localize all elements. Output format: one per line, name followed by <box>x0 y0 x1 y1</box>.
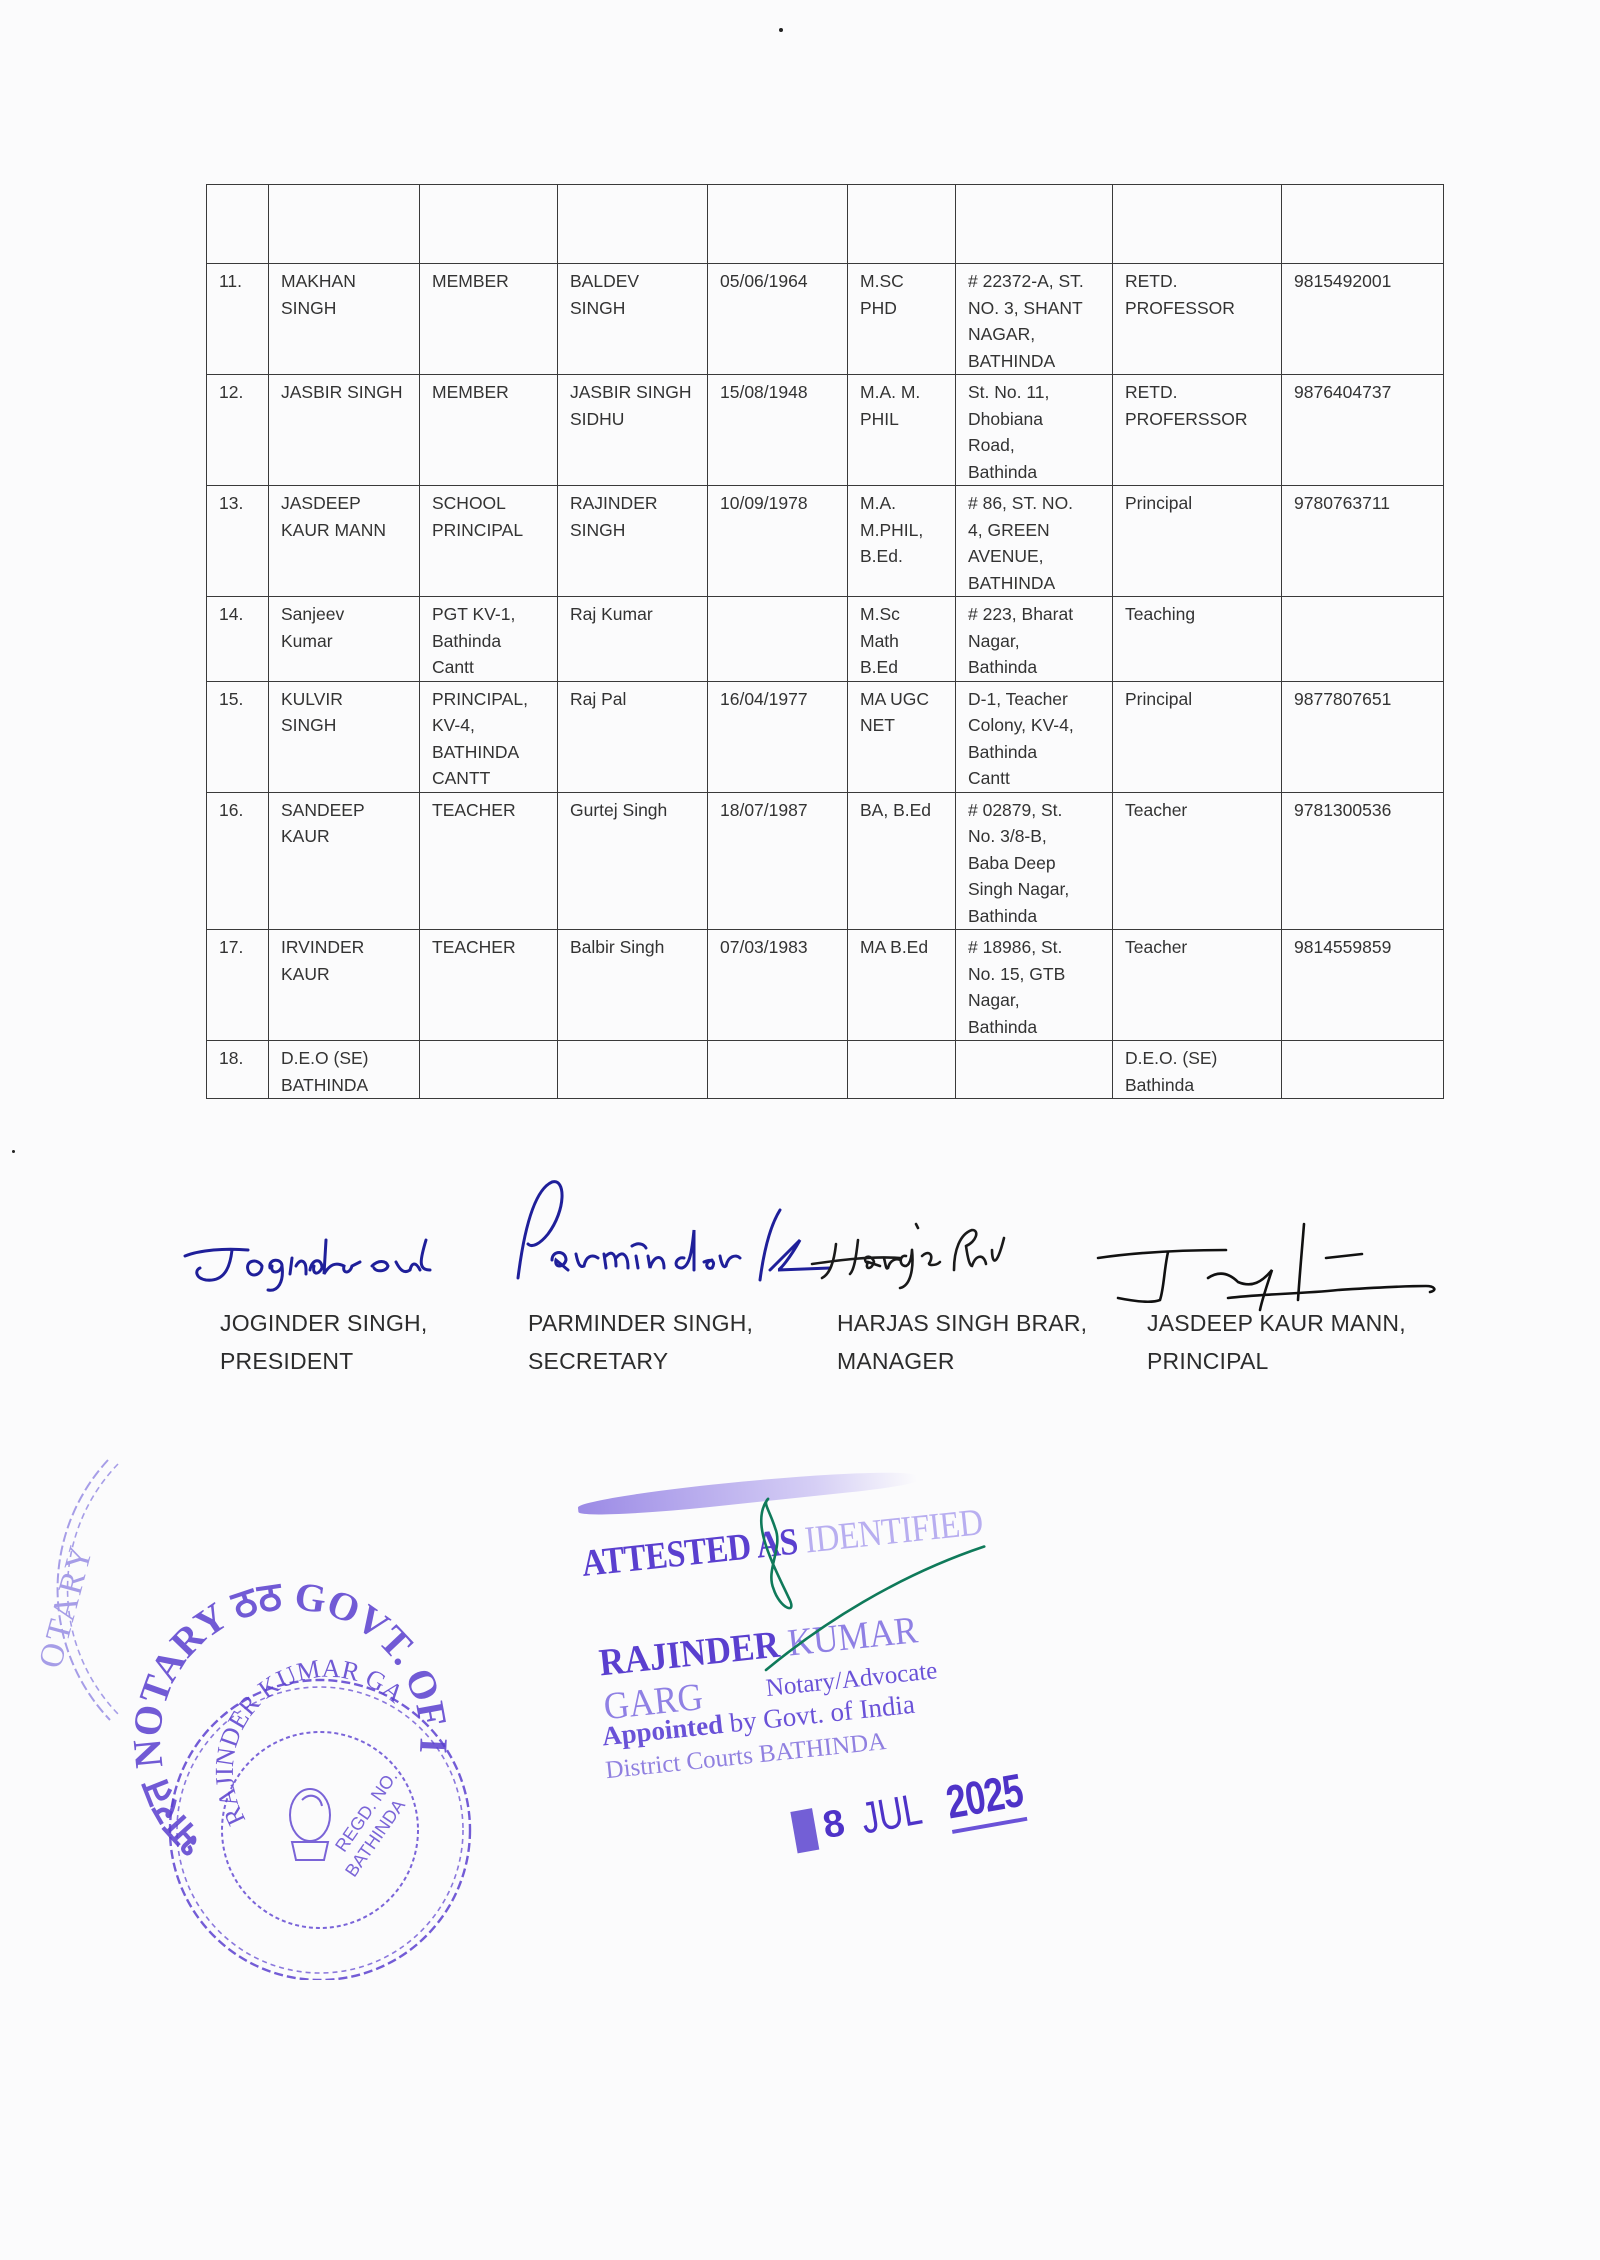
cell-name: JASBIR SINGH <box>269 375 420 486</box>
cell-line: Singh Nagar, <box>968 876 1102 903</box>
cell-father-name: Balbir Singh <box>558 930 708 1041</box>
cell-father-name: RAJINDERSINGH <box>558 486 708 597</box>
signature-jasdeep-kaur-mann <box>1098 1224 1434 1310</box>
document-page: 11.MAKHANSINGHMEMBERBALDEVSINGH05/06/196… <box>0 0 1600 2260</box>
cell-line: SIDHU <box>570 406 697 433</box>
cell-line: Colony, KV-4, <box>968 712 1102 739</box>
cell-line: Principal <box>1125 686 1271 713</box>
header-cell <box>558 185 708 264</box>
partial-seal-text: OTARY <box>32 1539 101 1672</box>
cell-line: Principal <box>1125 490 1271 517</box>
cell-line: Teaching <box>1125 601 1271 628</box>
cell-line: St. No. 11, <box>968 379 1102 406</box>
cell-line: No. 15, GTB <box>968 961 1102 988</box>
signatory-4: JASDEEP KAUR MANN, PRINCIPAL <box>1147 1304 1406 1380</box>
cell-line: Teacher <box>1125 797 1271 824</box>
cell-sn: 18. <box>207 1041 269 1099</box>
cell-line: PRINCIPAL <box>432 517 547 544</box>
header-cell <box>956 185 1113 264</box>
header-cell <box>269 185 420 264</box>
signature-harjas-singh <box>812 1224 1004 1288</box>
table-row: 13.JASDEEPKAUR MANNSCHOOLPRINCIPALRAJIND… <box>207 486 1444 597</box>
cell-sn: 12. <box>207 375 269 486</box>
cell-line: Cantt <box>968 765 1102 792</box>
cell-designation: PRINCIPAL,KV-4,BATHINDACANTT <box>420 681 558 792</box>
signatory-role: PRESIDENT <box>220 1342 427 1380</box>
table-row: 18.D.E.O (SE)BATHINDAD.E.O. (SE)Bathinda <box>207 1041 1444 1099</box>
cell-line: Bathinda <box>968 903 1102 930</box>
cell-qualification: M.A. M.PHIL <box>848 375 956 486</box>
cell-line: NET <box>860 712 945 739</box>
cell-dob: 15/08/1948 <box>708 375 848 486</box>
cell-line: D.E.O. (SE) <box>1125 1045 1271 1072</box>
cell-phone <box>1282 1041 1444 1099</box>
cell-name: IRVINDERKAUR <box>269 930 420 1041</box>
cell-name: SanjeevKumar <box>269 597 420 682</box>
cell-line: Bathinda <box>968 654 1102 681</box>
cell-line: # 18986, St. <box>968 934 1102 961</box>
cell-line: # 22372-A, ST. <box>968 268 1102 295</box>
cell-sn: 16. <box>207 792 269 930</box>
cell-qualification: BA, B.Ed <box>848 792 956 930</box>
table-row: 12.JASBIR SINGHMEMBERJASBIR SINGHSIDHU15… <box>207 375 1444 486</box>
cell-line: BATHINDA <box>281 1072 409 1099</box>
cell-name: D.E.O (SE)BATHINDA <box>269 1041 420 1099</box>
cell-line: Bathinda <box>432 628 547 655</box>
table-row: 16.SANDEEPKAURTEACHERGurtej Singh18/07/1… <box>207 792 1444 930</box>
cell-sn: 13. <box>207 486 269 597</box>
cell-father-name: BALDEVSINGH <box>558 264 708 375</box>
cell-line: KAUR <box>281 823 409 850</box>
cell-sn: 15. <box>207 681 269 792</box>
header-cell <box>207 185 269 264</box>
cell-line: # 86, ST. NO. <box>968 490 1102 517</box>
cell-line: AVENUE, <box>968 543 1102 570</box>
cell-line: TEACHER <box>432 934 547 961</box>
cell-line: Sanjeev <box>281 601 409 628</box>
cell-name: JASDEEPKAUR MANN <box>269 486 420 597</box>
cell-qualification <box>848 1041 956 1099</box>
signatory-3: HARJAS SINGH BRAR, MANAGER <box>837 1304 1087 1380</box>
cell-line: Nagar, <box>968 987 1102 1014</box>
table-row: 11.MAKHANSINGHMEMBERBALDEVSINGH05/06/196… <box>207 264 1444 375</box>
cell-line: PRINCIPAL, <box>432 686 547 713</box>
cell-sn: 14. <box>207 597 269 682</box>
cell-dob: 07/03/1983 <box>708 930 848 1041</box>
cell-address: # 223, BharatNagar,Bathinda <box>956 597 1113 682</box>
cell-occupation: Teacher <box>1113 792 1282 930</box>
cell-address <box>956 1041 1113 1099</box>
cell-line: KAUR MANN <box>281 517 409 544</box>
partial-seal-left-edge: OTARY <box>32 1460 120 1720</box>
cell-phone: 9815492001 <box>1282 264 1444 375</box>
cell-line: Bathinda <box>1125 1072 1271 1099</box>
cell-line: Gurtej Singh <box>570 797 697 824</box>
cell-designation: TEACHER <box>420 792 558 930</box>
table-row: 14.SanjeevKumarPGT KV-1,BathindaCanttRaj… <box>207 597 1444 682</box>
cell-line: MEMBER <box>432 379 547 406</box>
signatory-1: JOGINDER SINGH, PRESIDENT <box>220 1304 427 1380</box>
cell-line: BATHINDA <box>968 570 1102 597</box>
header-cell <box>708 185 848 264</box>
cell-designation: TEACHER <box>420 930 558 1041</box>
date-day: 8 <box>820 1802 848 1847</box>
cell-phone: 9814559859 <box>1282 930 1444 1041</box>
notary-initials <box>727 1466 1005 1682</box>
cell-qualification: M.SCPHD <box>848 264 956 375</box>
cell-dob: 18/07/1987 <box>708 792 848 930</box>
cell-sn: 11. <box>207 264 269 375</box>
cell-phone <box>1282 597 1444 682</box>
cell-line: MA UGC <box>860 686 945 713</box>
cell-line: TEACHER <box>432 797 547 824</box>
round-notary-seal: भारत NOTARY ठठ GOVT. OF INDIA ★ RAJINDER… <box>2 1420 470 1980</box>
cell-dob: 16/04/1977 <box>708 681 848 792</box>
cell-line: RAJINDER <box>570 490 697 517</box>
cell-line: Raj Pal <box>570 686 697 713</box>
cell-phone: 9781300536 <box>1282 792 1444 930</box>
cell-line: Kumar <box>281 628 409 655</box>
cell-occupation: Teacher <box>1113 930 1282 1041</box>
cell-designation <box>420 1041 558 1099</box>
cell-line: BATHINDA <box>432 739 547 766</box>
header-cell <box>1113 185 1282 264</box>
cell-dob: 05/06/1964 <box>708 264 848 375</box>
emblem-icon <box>290 1789 330 1860</box>
date-year: 2025 <box>942 1763 1027 1834</box>
table-row: 15.KULVIRSINGHPRINCIPAL,KV-4,BATHINDACAN… <box>207 681 1444 792</box>
table-header-row <box>207 185 1444 264</box>
cell-line: KULVIR <box>281 686 409 713</box>
cell-designation: PGT KV-1,BathindaCantt <box>420 597 558 682</box>
cell-occupation: D.E.O. (SE)Bathinda <box>1113 1041 1282 1099</box>
signatory-name: JOGINDER SINGH, <box>220 1304 427 1342</box>
cell-address: # 86, ST. NO.4, GREENAVENUE,BATHINDA <box>956 486 1113 597</box>
cell-line: KV-4, <box>432 712 547 739</box>
cell-father-name <box>558 1041 708 1099</box>
cell-line: PGT KV-1, <box>432 601 547 628</box>
cell-line: MEMBER <box>432 268 547 295</box>
date-month: JUL <box>858 1785 926 1845</box>
cell-father-name: Raj Pal <box>558 681 708 792</box>
cell-line: SINGH <box>281 295 409 322</box>
cell-line: M.A. M. <box>860 379 945 406</box>
cell-designation: MEMBER <box>420 375 558 486</box>
cell-line: Bathinda <box>968 459 1102 486</box>
cell-sn: 17. <box>207 930 269 1041</box>
cell-line: BA, B.Ed <box>860 797 945 824</box>
signatory-role: MANAGER <box>837 1342 1087 1380</box>
cell-name: KULVIRSINGH <box>269 681 420 792</box>
cell-line: 4, GREEN <box>968 517 1102 544</box>
cell-line: Baba Deep <box>968 850 1102 877</box>
cell-qualification: M.ScMathB.Ed <box>848 597 956 682</box>
cell-occupation: Teaching <box>1113 597 1282 682</box>
scan-speck <box>12 1150 15 1153</box>
cell-occupation: Principal <box>1113 486 1282 597</box>
cell-occupation: RETD.PROFERSSOR <box>1113 375 1282 486</box>
cell-line: # 02879, St. <box>968 797 1102 824</box>
cell-father-name: Gurtej Singh <box>558 792 708 930</box>
date-smudge <box>790 1808 819 1853</box>
cell-line: Bathinda <box>968 1014 1102 1041</box>
cell-address: # 18986, St.No. 15, GTBNagar,Bathinda <box>956 930 1113 1041</box>
member-table: 11.MAKHANSINGHMEMBERBALDEVSINGH05/06/196… <box>206 184 1444 1099</box>
cell-line: MA B.Ed <box>860 934 945 961</box>
signatory-name: PARMINDER SINGH, <box>528 1304 753 1342</box>
cell-line: JASBIR SINGH <box>281 379 409 406</box>
signatory-2: PARMINDER SINGH, SECRETARY <box>528 1304 753 1380</box>
header-cell <box>1282 185 1444 264</box>
signatory-role: SECRETARY <box>528 1342 753 1380</box>
cell-line: SCHOOL <box>432 490 547 517</box>
cell-line: CANTT <box>432 765 547 792</box>
cell-line: Bathinda <box>968 739 1102 766</box>
cell-designation: MEMBER <box>420 264 558 375</box>
cell-occupation: Principal <box>1113 681 1282 792</box>
cell-line: M.PHIL, <box>860 517 945 544</box>
cell-line: Road, <box>968 432 1102 459</box>
notary-seals: OTARY भारत NOTARY ठठ GOVT. OF INDIA ★ RA… <box>0 1420 500 1980</box>
cell-qualification: MA UGCNET <box>848 681 956 792</box>
cell-father-name: JASBIR SINGHSIDHU <box>558 375 708 486</box>
cell-line: # 223, Bharat <box>968 601 1102 628</box>
cell-line: Cantt <box>432 654 547 681</box>
cell-qualification: MA B.Ed <box>848 930 956 1041</box>
cell-line: IRVINDER <box>281 934 409 961</box>
cell-line: KAUR <box>281 961 409 988</box>
signature-joginder-singh <box>185 1240 430 1290</box>
cell-line: PROFERSSOR <box>1125 406 1271 433</box>
attestation-stamp: ATTESTED AS IDENTIFIED RAJINDER KUMAR GA… <box>565 1434 1030 1739</box>
signatory-name: HARJAS SINGH BRAR, <box>837 1304 1087 1342</box>
cell-line: D-1, Teacher <box>968 686 1102 713</box>
cell-line: B.Ed. <box>860 543 945 570</box>
cell-line: MAKHAN <box>281 268 409 295</box>
cell-dob <box>708 597 848 682</box>
cell-line: D.E.O (SE) <box>281 1045 409 1072</box>
cell-line: SINGH <box>570 295 697 322</box>
cell-phone: 9780763711 <box>1282 486 1444 597</box>
cell-dob: 10/09/1978 <box>708 486 848 597</box>
cell-line: SINGH <box>570 517 697 544</box>
cell-address: D-1, TeacherColony, KV-4,BathindaCantt <box>956 681 1113 792</box>
signature-parminder-singh <box>518 1182 830 1280</box>
signatory-name: JASDEEP KAUR MANN, <box>1147 1304 1406 1342</box>
cell-line: PHIL <box>860 406 945 433</box>
cell-occupation: RETD.PROFESSOR <box>1113 264 1282 375</box>
cell-line: BALDEV <box>570 268 697 295</box>
cell-line: Math <box>860 628 945 655</box>
cell-line: M.Sc <box>860 601 945 628</box>
scan-speck <box>779 28 783 32</box>
header-cell <box>420 185 558 264</box>
cell-line: No. 3/8-B, <box>968 823 1102 850</box>
cell-line: NO. 3, SHANT <box>968 295 1102 322</box>
cell-address: # 02879, St.No. 3/8-B,Baba DeepSingh Nag… <box>956 792 1113 930</box>
signature-block: JOGINDER SINGH, PRESIDENT PARMINDER SING… <box>0 1170 1600 1390</box>
cell-line: M.A. <box>860 490 945 517</box>
date-stamp: 8JUL2025 <box>790 1770 1026 1855</box>
cell-line: Nagar, <box>968 628 1102 655</box>
cell-name: MAKHANSINGH <box>269 264 420 375</box>
cell-designation: SCHOOLPRINCIPAL <box>420 486 558 597</box>
cell-line: NAGAR, <box>968 321 1102 348</box>
cell-address: # 22372-A, ST.NO. 3, SHANTNAGAR,BATHINDA <box>956 264 1113 375</box>
cell-line: RETD. <box>1125 268 1271 295</box>
cell-line: SANDEEP <box>281 797 409 824</box>
table-row: 17.IRVINDERKAURTEACHERBalbir Singh07/03/… <box>207 930 1444 1041</box>
cell-line: JASBIR SINGH <box>570 379 697 406</box>
header-cell <box>848 185 956 264</box>
cell-phone: 9876404737 <box>1282 375 1444 486</box>
cell-address: St. No. 11,DhobianaRoad,Bathinda <box>956 375 1113 486</box>
cell-line: PROFESSOR <box>1125 295 1271 322</box>
cell-line: JASDEEP <box>281 490 409 517</box>
cell-line: Balbir Singh <box>570 934 697 961</box>
cell-line: Dhobiana <box>968 406 1102 433</box>
cell-name: SANDEEPKAUR <box>269 792 420 930</box>
cell-line: M.SC <box>860 268 945 295</box>
cell-line: Raj Kumar <box>570 601 697 628</box>
cell-line: BATHINDA <box>968 348 1102 375</box>
cell-line: RETD. <box>1125 379 1271 406</box>
cell-line: PHD <box>860 295 945 322</box>
cell-dob <box>708 1041 848 1099</box>
cell-line: Teacher <box>1125 934 1271 961</box>
signatory-role: PRINCIPAL <box>1147 1342 1406 1380</box>
cell-father-name: Raj Kumar <box>558 597 708 682</box>
cell-phone: 9877807651 <box>1282 681 1444 792</box>
cell-line: B.Ed <box>860 654 945 681</box>
cell-line: SINGH <box>281 712 409 739</box>
cell-qualification: M.A.M.PHIL,B.Ed. <box>848 486 956 597</box>
